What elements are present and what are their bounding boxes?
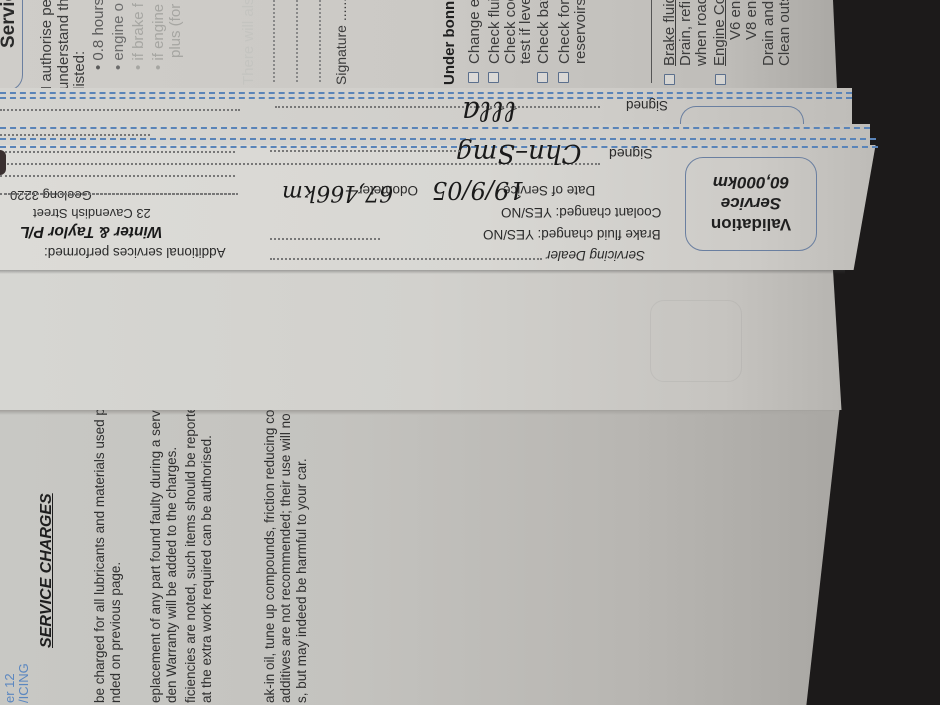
checklist-item-1: Change en	[466, 0, 483, 64]
checklist-item-2-line-1: Check fluic	[486, 0, 503, 64]
paragraph-2-line-3: ficiencies are noted, such items should …	[183, 406, 198, 703]
signed-label: Signed	[609, 146, 653, 162]
coolant-changed-label: Coolant changed: YES/NO	[501, 205, 661, 220]
checklist-item-2-line-3: test if level	[517, 0, 534, 64]
checkbox[interactable]	[558, 72, 569, 83]
brake-fluid-changed-label: Brake fluid changed: YES/NO	[483, 227, 661, 242]
form-line	[273, 0, 275, 82]
checkbox[interactable]	[715, 74, 726, 85]
perforation-line	[0, 97, 852, 99]
paragraph-2-line-2: den Warranty will be added to the charge…	[164, 447, 179, 703]
form-line	[0, 175, 235, 177]
checklist-item-4-line-2: reservoirs,	[572, 0, 589, 64]
bullet-3: • if brake f	[130, 3, 147, 70]
intro-line-1: I authorise per	[38, 0, 55, 90]
paragraph-2-line-4: at the extra work required can be author…	[199, 435, 214, 703]
bullet-2: • engine o	[110, 3, 127, 70]
intro-line-3: listed:	[71, 51, 88, 90]
date-of-service-value: 19/9/05	[432, 176, 525, 204]
signature-field: Signature ........	[333, 0, 349, 85]
paragraph-1-line-1: be charged for all lubricants and materi…	[92, 408, 107, 703]
form-line	[296, 0, 298, 82]
column-divider	[651, 0, 652, 83]
perforation-line	[0, 127, 870, 129]
paragraph-3-line-1: ak-in oil, tune up compounds, friction r…	[262, 391, 277, 703]
finger-edge	[0, 150, 6, 175]
form-line	[270, 238, 380, 240]
intro-line-2: understand tha	[55, 0, 72, 90]
checklist-item-3: Check batt	[535, 0, 552, 64]
servicing-dealer-label: Servicing Dealer	[546, 248, 645, 263]
checkbox[interactable]	[468, 72, 479, 83]
chapter-number: er 12	[2, 673, 17, 703]
paragraph-3-line-3: s, but may indeed be harmful to your car…	[294, 458, 309, 703]
checkbox[interactable]	[537, 72, 548, 83]
badge-line-2: Service	[686, 193, 816, 214]
dealer-name: Winter & Taylor P/L	[20, 222, 162, 240]
badge-line-3: Validation	[686, 214, 816, 235]
signature: Chn–Smg	[456, 138, 582, 168]
engine-coolant-line-2: V8 engi	[743, 0, 760, 40]
form-line	[0, 151, 235, 153]
section-heading: Servic	[0, 0, 20, 48]
checklist-item-4-line-1: Check for s	[556, 0, 573, 64]
paragraph-2-line-1: eplacement of any part found faulty duri…	[148, 401, 163, 703]
form-line	[0, 109, 240, 111]
bullet-4: • if engine	[150, 4, 167, 70]
service-badge: Validation Service 60,000km	[685, 157, 817, 251]
signed-label: Signed	[626, 98, 668, 113]
service-charges-title: SERVICE CHARGES	[38, 493, 56, 648]
brake-fluid-line-2: when road t	[693, 0, 710, 66]
engine-coolant-line-4: Clean outsid	[776, 0, 793, 66]
form-line	[270, 150, 460, 152]
form-line	[0, 134, 150, 136]
bullet-4-cont: plus (for	[167, 4, 184, 58]
brake-fluid-title: Brake fluid.	[661, 0, 678, 66]
form-line	[0, 193, 235, 195]
service-charges-page	[0, 405, 840, 705]
checkbox[interactable]	[488, 72, 499, 83]
bullet-1: • 0.8 hours	[90, 0, 107, 70]
form-line	[270, 258, 542, 260]
badge-line-1: 60,000km	[686, 172, 816, 193]
engine-coolant-title: Engine Coo	[711, 0, 728, 66]
dealer-city: Geelong 3220	[10, 188, 92, 203]
paragraph-1-line-2: nded on previous page.	[108, 562, 123, 703]
paragraph-3-line-2: additives are not recommended; their use…	[278, 413, 293, 703]
show-through-badge-outline	[650, 300, 742, 382]
checkbox[interactable]	[664, 74, 675, 85]
form-line	[275, 106, 600, 108]
chapter-title: /ICING	[16, 663, 31, 703]
engine-coolant-line-1: V6 engi	[727, 0, 744, 40]
form-line	[319, 0, 321, 82]
checklist-heading: Under bonn	[441, 1, 458, 85]
additional-services-label: Additional services performed:	[44, 245, 226, 260]
perforation-line	[0, 92, 852, 94]
perforation-line	[0, 138, 876, 140]
faint-note: There will also	[240, 0, 257, 85]
engine-coolant-line-3: Drain and	[760, 1, 777, 66]
dealer-street: 23 Cavendish Street	[33, 206, 151, 221]
perforation-line	[0, 146, 878, 148]
brake-fluid-line-1: Drain, refill	[677, 0, 694, 66]
odometer-value: 67,466km	[282, 180, 393, 205]
